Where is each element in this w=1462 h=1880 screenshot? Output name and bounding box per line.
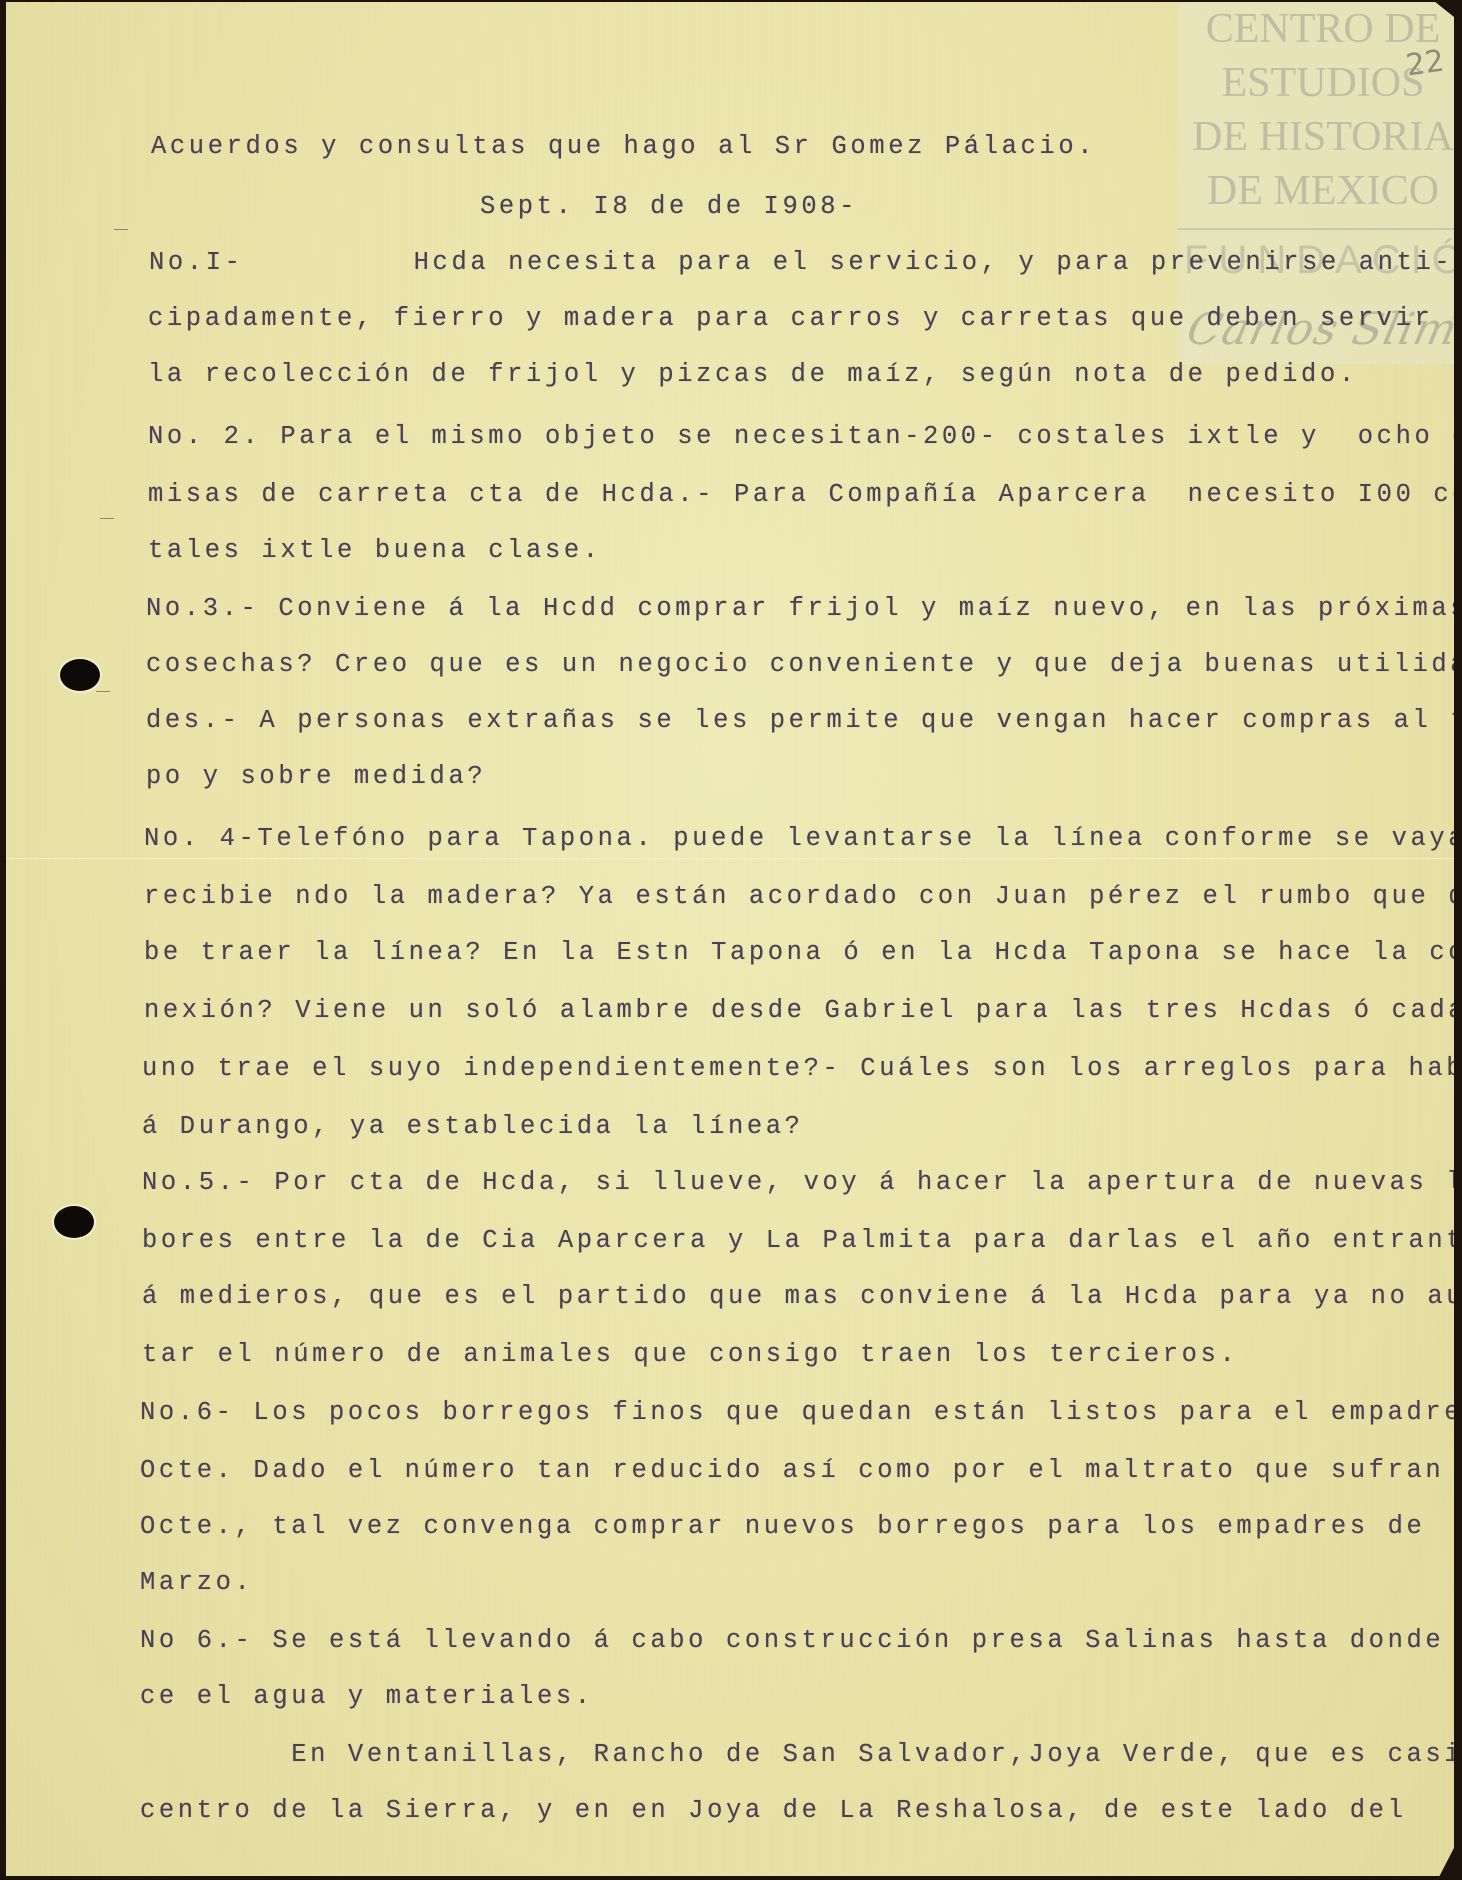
- text-line: bores entre la de Cia Aparcera y La Palm…: [142, 1226, 1462, 1255]
- text-line: nexión? Viene un soló alambre desde Gabr…: [144, 996, 1462, 1025]
- text-line: recibie ndo la madera? Ya están acordado…: [144, 882, 1462, 911]
- margin-mark: [100, 518, 114, 519]
- document-page: CENTRO DE ESTUDIOS DE HISTORIA DE MEXICO…: [6, 2, 1454, 1876]
- watermark-line: DE HISTORIA: [1178, 110, 1462, 164]
- text-line: centro de la Sierra, y en en Joya de La …: [140, 1796, 1406, 1825]
- margin-mark: [114, 229, 128, 230]
- watermark-divider: [1178, 228, 1462, 230]
- text-line: la recolección de frijol y pizcas de maí…: [148, 360, 1358, 389]
- text-line: No. 2. Para el mismo objeto se necesitan…: [148, 422, 1462, 451]
- text-line: cosechas? Creo que es un negocio conveni…: [146, 650, 1462, 679]
- punch-hole: [60, 659, 100, 691]
- text-line: Octe., tal vez convenga comprar nuevos b…: [140, 1512, 1425, 1541]
- text-line: No.I- Hcda necesita para el servicio, y …: [149, 248, 1453, 277]
- text-line: misas de carreta cta de Hcda.- Para Comp…: [148, 480, 1462, 509]
- text-line: tar el número de animales que consigo tr…: [142, 1340, 1238, 1369]
- text-line: á Durango, ya establecida la línea?: [142, 1112, 804, 1141]
- text-line: tales ixtle buena clase.: [148, 536, 602, 565]
- text-line: Marzo.: [140, 1568, 253, 1597]
- margin-mark: [96, 691, 110, 692]
- text-line: á medieros, que es el partido que mas co…: [142, 1282, 1462, 1311]
- punch-hole: [54, 1206, 94, 1238]
- text-line: des.- A personas extrañas se les permite…: [146, 706, 1462, 735]
- text-line: No 6.- Se está llevando á cabo construcc…: [140, 1626, 1462, 1655]
- document-date: Sept. I8 de de I908-: [480, 192, 858, 221]
- document-title: Acuerdos y consultas que hago al Sr Gome…: [151, 132, 1096, 161]
- paper-fold: [6, 858, 1454, 859]
- text-line: po y sobre medida?: [146, 762, 486, 791]
- text-line: cipadamente, fierro y madera para carros…: [148, 304, 1462, 333]
- text-line: No.6- Los pocos borregos finos que queda…: [140, 1398, 1462, 1427]
- text-line: be traer la línea? En la Estn Tapona ó e…: [144, 938, 1462, 967]
- text-line: Octe. Dado el número tan reducido así co…: [140, 1456, 1462, 1485]
- handwritten-page-number: 22: [1404, 44, 1447, 84]
- text-line: No.3.- Conviene á la Hcdd comprar frijol…: [146, 594, 1462, 623]
- text-line: En Ventanillas, Rancho de San Salvador,J…: [140, 1740, 1462, 1769]
- text-line: No.5.- Por cta de Hcda, si llueve, voy á…: [142, 1168, 1462, 1197]
- watermark-line: DE MEXICO: [1178, 164, 1462, 218]
- text-line: uno trae el suyo independientemente?- Cu…: [142, 1054, 1462, 1083]
- text-line: ce el agua y materiales.: [140, 1682, 594, 1711]
- text-line: No. 4-Telefóno para Tapona. puede levant…: [144, 824, 1462, 853]
